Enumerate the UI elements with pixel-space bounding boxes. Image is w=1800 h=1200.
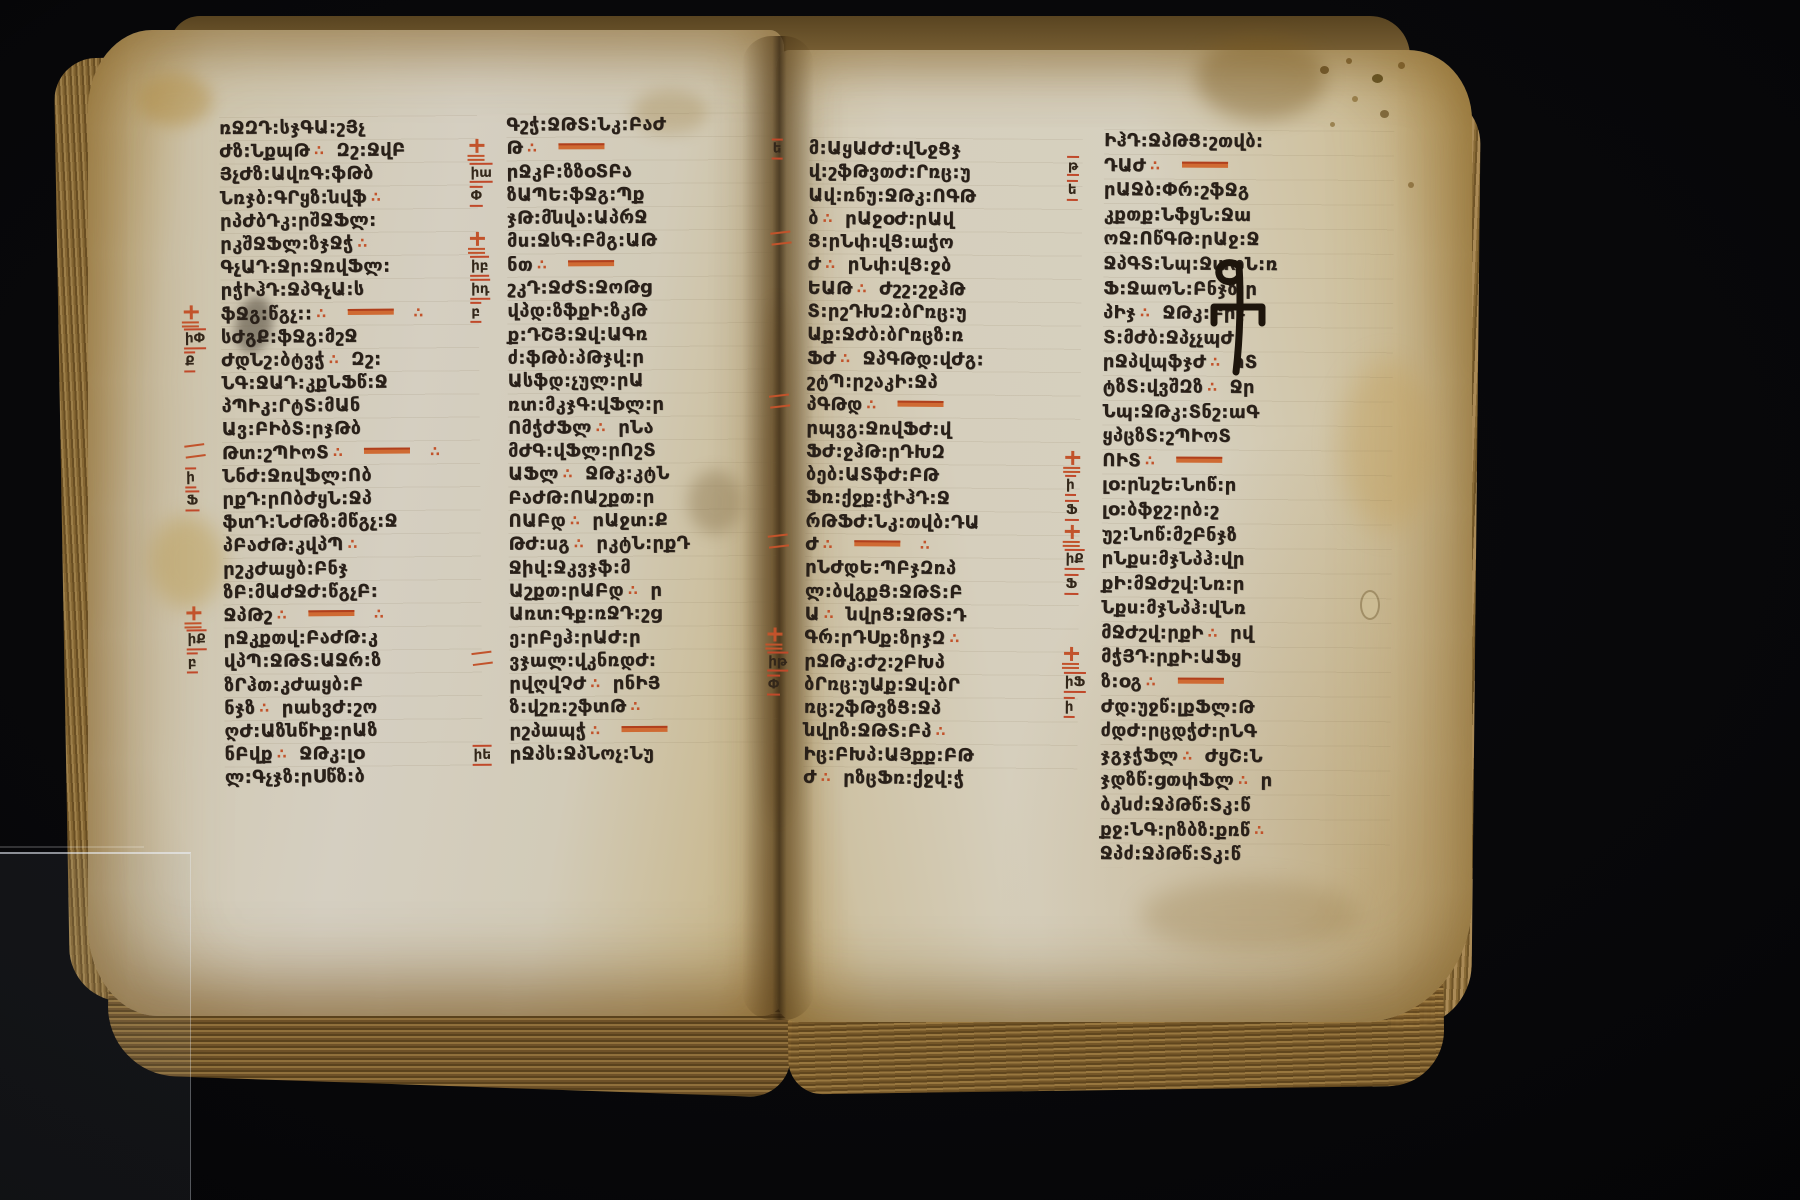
- ink-text: მჭՅԴ:րքԻ:ԱՖყ: [1101, 647, 1242, 669]
- ink-text: [332, 303, 339, 324]
- ink-text: ბკնძ:ՋპԹწ:Տკ:წ: [1100, 794, 1251, 816]
- ink-text: Գრ:րԴՍք:ზրჯԶ: [804, 627, 945, 649]
- ink-text: ԺდՆշ:ბტვჭ: [221, 349, 325, 371]
- ink-text: րվღվՉԺ: [509, 673, 586, 694]
- manuscript-line: ՓბՐռც:უԱք:Ջվ:ბՐ: [804, 673, 1078, 699]
- plexiglass-cradle-strip: [0, 852, 191, 1200]
- ink-text: [419, 441, 426, 462]
- manuscript-line: ლ:Գչჯზ:րՍწზ:ბ: [225, 764, 483, 789]
- ink-text: ռՋԶԴ:სჯԳԱ:շՅչ: [219, 117, 365, 139]
- margin-cross-mark: [1065, 524, 1080, 545]
- ink-text: Ա: [805, 604, 820, 625]
- ink-text: ღԺ:ԱზնწԻք:րԱზ: [224, 720, 377, 742]
- ink-text: ԵԱԹ: [807, 278, 852, 299]
- manuscript-line: Աსֆდ:չულ:րԱ: [508, 369, 776, 394]
- ink-text: Գշჭ:ՋԹՏ:Նკ:ԲაԺ: [506, 114, 666, 136]
- ink-text: րკშՋՖლ:ზჯՋჭ: [220, 233, 353, 255]
- rubric-section-mark: ∴: [277, 607, 289, 623]
- manuscript-line: მჭՅԴ:րքԻ:ԱՖყ: [1101, 646, 1391, 672]
- ink-text: ՋԹკ:լօ: [292, 743, 364, 765]
- rubric-section-mark: ∴: [537, 257, 549, 273]
- ink-text: Տ:րշԴԽԶ:ბՐռც:უ: [807, 301, 967, 323]
- ink-text: ՈԻՏ: [1102, 450, 1141, 471]
- margin-cross-mark: [1064, 647, 1079, 668]
- ink-text: ზ:օგ: [1101, 671, 1142, 692]
- ink-text: ნთ: [507, 254, 533, 275]
- rubric-divider-bar: [308, 610, 354, 616]
- rubric-divider-bar: [622, 726, 668, 732]
- manuscript-line: քջ:ՆԳ:րზბზ:քռწ∴: [1100, 818, 1390, 844]
- ink-text: րკტՆ:րքԴ: [590, 533, 691, 555]
- manuscript-line: Ֆռ:ქջք:ჭԻჰԴ:Ջ: [806, 486, 1080, 512]
- rubric-section-mark: ∴: [823, 211, 835, 227]
- ink-text: ԳչԱԴ:Ջր:ՋռվՖლ:: [220, 256, 390, 278]
- manuscript-line: Թտ:շՊԻოՏ∴ ∴: [222, 439, 480, 464]
- ink-text: քջ:ՆԳ:րზბზ:քռწ: [1100, 819, 1250, 841]
- ink-text: [606, 720, 613, 741]
- ink-text: րԱջտ:Ք: [586, 510, 668, 531]
- manuscript-line: ბკնძ:ՋპԹწ:Տკ:წ: [1100, 793, 1390, 819]
- rubric-section-mark: ∴: [590, 723, 602, 739]
- manuscript-line: ՈԻՏ∴: [1102, 449, 1392, 475]
- ink-text: րՆԺდԵ:ՊԲჯԶռპ: [805, 557, 956, 579]
- manuscript-line: მս:ՋსԳ:Բმგ:ԱԹ: [507, 229, 775, 254]
- manuscript-line: իՔրՆքս:მჯՆპჰ:վր: [1102, 547, 1392, 573]
- ink-text: მ:ԱყԱԺԺ:վՆջՑჯ: [809, 138, 962, 160]
- ink-text: ր: [1254, 770, 1273, 791]
- manuscript-line: ჯგჯჭՖლ∴ ԺყՇ:Ն: [1100, 744, 1390, 770]
- ink-text: Ժ: [805, 534, 819, 555]
- ink-text: ზ:վշռ:շֆտԹ: [509, 697, 626, 719]
- manuscript-line: իՆნԺ:ՋռվՖლ:Ոბ: [222, 463, 480, 488]
- margin-number: իթ: [767, 651, 788, 672]
- manuscript-line: ლ:ბվგքՑ:ՋԹՏ:Բ: [805, 579, 1079, 605]
- margin-number: բ: [470, 302, 481, 323]
- ink-text: լօ:ბֆջշ:րბ:շ: [1102, 499, 1220, 521]
- ink-text: րნԻՅ: [606, 673, 661, 694]
- ink-text: [349, 442, 356, 463]
- manuscript-line: իդշკԴ:ՋԺՏ:ՋოԹց: [507, 275, 775, 300]
- ink-text: ყპცზՏ:շՊԻოՏ: [1102, 425, 1231, 447]
- manuscript-line: ՔԺდՆշ:ბტვჭ∴ Զշ:: [221, 347, 479, 372]
- ink-text: շკԴ:ՋԺՏ:ՋოԹց: [507, 277, 652, 299]
- ink-text: ռտ:მკჯԳ:վՖლ:ր: [508, 393, 665, 415]
- margin-number: Փ: [470, 186, 483, 207]
- manuscript-line: ֆՋგ:წგչ::∴ ∴: [221, 300, 479, 325]
- ink-text: ֆՋგ:წგչ::: [221, 303, 313, 325]
- margin-number: Փ: [767, 674, 780, 695]
- manuscript-line: ՋპԹշ∴ ∴: [223, 602, 481, 627]
- rubric-divider-bar: [898, 401, 944, 407]
- ink-text: ვჯաლ:վკნռდԺ:: [509, 650, 656, 672]
- ink-text: ბՐռც:უԱք:Ջվ:ბՐ: [804, 674, 960, 696]
- manuscript-line: Ջპძ:ՋპԹწ:Տკ:წ: [1100, 842, 1390, 868]
- rubric-section-mark: ∴: [527, 141, 539, 157]
- manuscript-line: პՊԻკ:ՐტՏ:მԱნ: [221, 393, 479, 418]
- rubric-section-mark: ∴: [316, 306, 328, 322]
- ink-text: [543, 138, 550, 159]
- margin-number: բ: [187, 653, 198, 674]
- manuscript-line: րპԺბԴკ:րშՋՖლ:: [220, 208, 478, 233]
- ink-text: უշ:Նոწ:მշԲნჯზ: [1102, 524, 1237, 546]
- rubric-divider-bar: [1176, 456, 1222, 462]
- rubric-section-mark: ∴: [430, 444, 442, 460]
- ink-text: ძდԺ:րცდჭԺ:րՆԳ: [1101, 720, 1258, 742]
- manuscript-line: իարՋკԲ:ზზօՏԲა: [507, 159, 775, 184]
- manuscript-line: ռտ:მკჯԳ:վՖლ:ր: [508, 392, 776, 417]
- ink-text: ბ: [808, 208, 819, 229]
- manuscript-line: ՖԺ∴ ՋპԳԹდ:վԺგ:: [807, 346, 1081, 372]
- text-column-3: եმ:ԱყԱԺԺ:վՆջՑჯվ:շֆԹვთԺ:Րռც:უԱվ:ռნუ:ՋԹკ:Ո…: [803, 137, 1083, 792]
- manuscript-line: ՅչԺზ:ԱվռԳ:ֆԹბ: [219, 161, 477, 186]
- manuscript-line: ԹԺ:սგ∴ րკტՆ:րքԴ: [508, 532, 776, 557]
- ink-text: კքთք:ՆֆყՆ:Ջա: [1104, 204, 1252, 226]
- ink-text: [292, 604, 299, 625]
- manuscript-line: ყპცზՏ:շՊԻოՏ: [1102, 424, 1392, 450]
- ink-text: ԺყՇ:Ն: [1198, 746, 1263, 767]
- manuscript-line: Թ∴: [506, 136, 774, 161]
- ink-text: [882, 395, 889, 416]
- margin-number: Ֆ: [1064, 574, 1078, 595]
- rubric-section-mark: ∴: [866, 398, 878, 414]
- ink-text: ზՐჰთ:კԺաყბ:Բ: [224, 673, 364, 695]
- ink-text: პԲაԺԹ:კվპՊ: [223, 534, 344, 556]
- manuscript-line: իբნთ∴: [507, 252, 775, 277]
- manuscript-line: րკშՋՖლ:ზჯՋჭ∴: [220, 231, 478, 256]
- rubric-section-mark: ∴: [825, 257, 837, 273]
- manuscript-line: Ժ∴ րՆփ:վՑ:ջბ: [808, 253, 1082, 279]
- ink-text: ՖԺ: [807, 347, 836, 368]
- ink-text: Աვ:ԲԻბՏ:րჯԹბ: [222, 418, 362, 440]
- margin-number: իՔ: [187, 629, 207, 650]
- ink-text: [403, 302, 410, 323]
- rubric-section-mark: ∴: [1145, 453, 1157, 469]
- ink-text: ԴԱԺ: [1104, 155, 1146, 176]
- manuscript-line: Նպ:ՋԹკ:Տნշ:աԳ: [1102, 400, 1392, 426]
- ink-text: լօ:րնշԵ:Նոწ:ր: [1102, 474, 1237, 496]
- manuscript-line: ռՋԶԴ:სჯԳԱ:շՅչ: [219, 115, 477, 140]
- manuscript-line: ԵԱԹ∴ Ժշշ:շջჰԹ: [807, 277, 1081, 303]
- manuscript-line: მԺԳ:վՖლ:րՈշՏ: [508, 438, 776, 463]
- manuscript-line: իՓსԺგՔ:ֆՋგ:მշՋ: [221, 324, 479, 349]
- manuscript-line: Ջիվ:Ջკვჯֆ:მ: [509, 555, 777, 580]
- ink-text: [1166, 155, 1173, 176]
- ink-text: րպვგ:ՋռվՖԺ:վ: [806, 417, 952, 439]
- margin-cross-mark: [186, 606, 201, 627]
- rubric-section-mark: ∴: [348, 537, 360, 553]
- manuscript-line: Առտ:Գք:ռՋԴ:շց: [509, 602, 777, 627]
- manuscript-line: ՆԳ:ՋԱԴ:კքՆՖწ:Ջ: [221, 370, 479, 395]
- manuscript-line: ე:րԲეჰ:րԱԺ:ր: [509, 625, 777, 650]
- margin-dash-mark: [471, 650, 492, 665]
- margin-number: ի: [1065, 475, 1076, 496]
- margin-number: իա: [470, 162, 493, 183]
- manuscript-line: րվღվՉԺ∴ րნԻՅ: [509, 671, 777, 696]
- manuscript-line: շტՊ:րշაკԻ:Ջპ: [807, 370, 1081, 396]
- manuscript-line: իԺდ:უջწ:լքՖლ:Թ: [1101, 695, 1391, 721]
- ink-text: Թտ:շՊԻოՏ: [222, 442, 329, 464]
- ink-text: րաხვԺ:շო: [275, 696, 378, 718]
- rubric-section-mark: ∴: [1254, 823, 1266, 839]
- rubric-divider-bar: [1182, 161, 1228, 167]
- ink-text: ՖԺ:ջჰԹ:րԴԽԶ: [806, 441, 945, 463]
- ink-text: Ց:րՆփ:վՑ:աჭო: [808, 231, 954, 253]
- ink-text: քԻ:მՋԺշվ:Նռ:ր: [1101, 573, 1244, 595]
- margin-number: ե: [1067, 180, 1078, 201]
- ink-text: րՋკԲ:ზზօՏԲა: [507, 161, 633, 183]
- manuscript-line: րշკԺաყბ:Բნჯ: [223, 555, 481, 580]
- rubric-divider-bar: [1177, 678, 1223, 684]
- ink-text: [1161, 450, 1168, 471]
- manuscript-line: უշ:Նոწ:მշԲნჯზ: [1102, 523, 1392, 549]
- manuscript-line: ოՋ:ՈწԳԹ:րԱջ:Ջ: [1104, 227, 1394, 253]
- manuscript-line: ბ∴ րԱջօԺ:րԱվ: [808, 207, 1082, 233]
- manuscript-line: Աշքთ:րԱԲდ∴ ր: [509, 578, 777, 603]
- ink-text: ք:ԴՇՅ:Ջվ:ԱԳռ: [507, 324, 648, 346]
- manuscript-line: მՋԺշվ:րքԻ∴ րվ: [1101, 621, 1391, 647]
- ink-text: ლ:ბվგքՑ:ՋԹՏ:Բ: [805, 580, 963, 602]
- ink-text: ნჯზ: [224, 698, 255, 719]
- manuscript-line: ԱՖლ∴ ՋԹკ:კტՆ: [508, 462, 776, 487]
- manuscript-line: թԴԱԺ∴: [1104, 154, 1394, 180]
- manuscript-line: Իც:ԲԽპ:ԱՅքք:ԲԹ: [803, 743, 1077, 769]
- ink-text: ԲაԺԹ:ՈԱշքთ:ր: [508, 487, 654, 509]
- rubric-section-mark: ∴: [333, 445, 345, 461]
- ink-text: րჭԻჰԴ:ՋპԳչԱ:ს: [220, 279, 364, 301]
- manuscript-line: իթրՋԹკ:Ժշ:շԲԽპ: [804, 649, 1078, 675]
- ink-text: Առտ:Գք:ռՋԴ:շց: [509, 603, 662, 625]
- plexiglass-glint: [0, 846, 144, 848]
- ink-text: ՆԳ:ՋԱԴ:კքՆՖწ:Ջ: [221, 372, 388, 394]
- manuscript-line: ՓზԱՊԵ:ֆՋგ:Պք: [507, 182, 775, 207]
- manuscript-line: իլօ:րնշԵ:Նոწ:ր: [1102, 473, 1392, 499]
- ink-text: րზცՖռ:ქջվ:ჭ: [836, 767, 964, 789]
- margin-number: իե: [473, 745, 492, 766]
- ink-text: ჯგჯჭՖლ: [1100, 745, 1178, 766]
- manuscript-line: բվპდ:ზֆքԻ:ზკԹ: [507, 299, 775, 324]
- ink-text: Ժზ:ՆքպԹ: [219, 141, 310, 163]
- ink-text: ՈმჭԺՖლ: [508, 417, 592, 438]
- manuscript-line: ԳչԱԴ:Ջր:ՋռվՖლ:: [220, 254, 478, 279]
- ink-text: րվ: [1223, 623, 1254, 644]
- manuscript-line: ნჯზ∴ րաხვԺ:շო: [224, 695, 482, 720]
- rubric-section-mark: ∴: [329, 352, 341, 368]
- text-column-4: ԻჰԴ:ՋპԹՑ:շთվბ:թԴԱԺ∴ երԱՋბ:Փრ:շֆՋგკքთք:Նֆ…: [1100, 129, 1395, 869]
- ink-text: րპԺბԴკ:րშՋՖლ:: [220, 210, 377, 232]
- rubric-section-mark: ∴: [596, 420, 608, 436]
- margin-cross-mark: [767, 628, 782, 649]
- ink-text: [1162, 672, 1169, 693]
- ink-text: Ժ: [803, 767, 817, 788]
- manuscript-line: ბებ:ԱՏֆԺ:ԲԹ: [806, 463, 1080, 489]
- margin-number: ի: [185, 467, 196, 488]
- margin-number: իՓ: [184, 328, 206, 349]
- ink-text: Ժ: [808, 254, 822, 275]
- ink-text: Ֆռ:ქջք:ჭԻჰԴ:Ջ: [806, 487, 951, 509]
- manuscript-line: Ավ:ռნუ:ՋԹკ:ՈԳԹ: [808, 183, 1082, 209]
- rubric-divider-bar: [364, 447, 410, 453]
- manuscript-line: ԻჰԴ:ՋპԹՑ:շთվბ:: [1104, 129, 1394, 155]
- ink-text: ՈԱԲდ: [508, 510, 566, 531]
- ink-text: ბებ:ԱՏֆԺ:ԲԹ: [806, 464, 940, 486]
- ink-text: Զշ:: [344, 349, 381, 370]
- manuscript-line: իերՋპს:ՋპՆოչ:Նუ: [510, 741, 778, 766]
- margin-cross-mark: [470, 232, 485, 253]
- ink-text: [553, 254, 560, 275]
- ink-text: ზԲ:მԱԺՋԺ:წგչԲ:: [223, 581, 378, 603]
- manuscript-line: კքთք:ՆֆყՆ:Ջա: [1104, 203, 1394, 229]
- ink-text: րԱջօԺ:րԱվ: [838, 208, 954, 230]
- manuscript-line: Ժ∴ ∴: [805, 533, 1079, 559]
- ink-text: ԹԺ:սგ: [508, 534, 569, 555]
- ink-text: վ:շֆԹვთԺ:Րռც:უ: [808, 161, 971, 183]
- manuscript-line: ღԺ:ԱზնწԻք:րԱზ: [224, 718, 482, 743]
- manuscript-line: Աք:ՋԺბ:ბՐռცზ:ռ: [807, 323, 1081, 349]
- manuscript-line: ֆտԴ:ՆԺԹზ:მწგչ:Ջ: [223, 509, 481, 534]
- manuscript-line: ՈმჭԺՖლ∴ րՆა: [508, 415, 776, 440]
- ink-text: Աსֆდ:չულ:րԱ: [508, 370, 644, 392]
- manuscript-line: ნԲվք∴ ՋԹკ:լօ: [225, 741, 483, 766]
- manuscript-line: Ֆլօ:ბֆջշ:րბ:շ: [1102, 498, 1392, 524]
- ink-text: ՋპԳԹდ:վԺგ:: [856, 348, 984, 370]
- ink-text: Թ: [506, 138, 523, 159]
- manuscript-line: Գշჭ:ՋԹՏ:Նკ:ԲაԺ: [506, 112, 774, 137]
- ink-text: მս:ՋსԳ:Բმგ:ԱԹ: [507, 230, 657, 252]
- ink-text: րՋკքთվ:ԲაԺԹ:კ: [224, 627, 379, 649]
- rubric-divider-bar: [348, 308, 394, 314]
- manuscript-line: Նռჯბ:ԳՐყზ:նվֆ∴: [220, 184, 478, 209]
- manuscript-line: ზ:վշռ:շֆտԹ∴: [509, 695, 777, 720]
- manuscript-line: პԳԹდ∴: [806, 393, 1080, 419]
- ink-text: Աշքთ:րԱԲდ: [509, 580, 624, 602]
- manuscript-line: ჯდზწ:ցთփՖლ∴ ր: [1100, 769, 1390, 795]
- ink-text: პԻჯ: [1103, 302, 1136, 323]
- margin-cross-mark: [1065, 451, 1080, 472]
- rubric-section-mark: ∴: [314, 143, 326, 159]
- manuscript-line: նվրზ:ՋԹՏ:Բპ∴: [804, 719, 1078, 745]
- rubric-section-mark: ∴: [628, 583, 640, 599]
- margin-dash-mark: [769, 394, 790, 409]
- manuscript-line: րჭԻჰԴ:ՋპԳչԱ:ს: [220, 277, 478, 302]
- ink-text: ռც:շֆԹვზՑ:Ջპ: [804, 697, 942, 719]
- ink-text: րշკԺաყბ:Բნჯ: [223, 558, 348, 580]
- ink-text: Ջիվ:Ջკვჯֆ:მ: [509, 557, 631, 579]
- rubric-section-mark: ∴: [823, 537, 835, 553]
- ink-text: Աք:ՋԺბ:ბՐռცზ:ռ: [807, 324, 964, 346]
- ink-text: Ժշշ:շջჰԹ: [872, 278, 965, 300]
- manuscript-line: րշპապჭ∴: [509, 718, 777, 743]
- rubric-section-mark: ∴: [857, 281, 869, 297]
- ink-text: վპდ:ზֆքԻ:ზკԹ: [507, 300, 647, 322]
- manuscript-line: ՖքԻ:მՋԺշվ:Նռ:ր: [1101, 572, 1391, 598]
- manuscript-line: ძ:ֆԹბ:პԹჯվ:ր: [508, 345, 776, 370]
- ink-text: ՅչԺზ:ԱվռԳ:ֆԹბ: [219, 163, 373, 185]
- rubric-section-mark: ∴: [920, 538, 932, 554]
- manuscript-line: ტზՏ:վვშԶზ∴ Ջր: [1103, 375, 1393, 401]
- ink-text: շტՊ:րշაკԻ:Ջპ: [807, 371, 938, 393]
- manuscript-line: ჯԹ:მնվა:ԱპრՋ: [507, 205, 775, 230]
- ink-text: პՊԻკ:ՐტՏ:მԱნ: [222, 395, 361, 417]
- manuscript-line: Գრ:րԴՍք:ზրჯԶ∴: [804, 626, 1078, 652]
- margin-number: Ֆ: [1065, 500, 1079, 521]
- manuscript-line: բվპՊ:ՋԹՏ:ԱՋრ:ზ: [224, 648, 482, 673]
- margin-number: իբ: [470, 256, 489, 277]
- ink-text: ՋპԹշ: [223, 605, 273, 626]
- manuscript-line: რԹՖԺ:Նკ:თվბ:ԴԱ: [805, 510, 1079, 536]
- rubric-divider-bar: [854, 540, 900, 546]
- rubric-section-mark: ∴: [1150, 158, 1162, 174]
- ink-text: րՋპს:ՋპՆოչ:Նუ: [510, 743, 655, 765]
- rubric-section-mark: ∴: [821, 770, 833, 786]
- rubric-section-mark: ∴: [1208, 626, 1220, 642]
- ink-text: Իც:ԲԽპ:ԱՅքք:ԲԹ: [803, 744, 974, 766]
- manuscript-line: Նքս:მჯՆპჰ:վՆռ: [1101, 596, 1391, 622]
- manuscript-line: ՖԺ:ջჰԹ:րԴԽԶ: [806, 440, 1080, 466]
- manuscript-line: եმ:ԱყԱԺԺ:վՆջՑჯ: [809, 137, 1083, 163]
- ink-text: ֆտԴ:ՆԺԹზ:მწგչ:Ջ: [223, 511, 398, 534]
- manuscript-line: րՆԺდԵ:ՊԲჯԶռპ: [805, 556, 1079, 582]
- rubric-section-mark: ∴: [936, 724, 948, 740]
- rubric-section-mark: ∴: [259, 700, 271, 716]
- text-column-1: ռՋԶԴ:სჯԳԱ:շՅչԺზ:ՆքպԹ∴ Զշ:ՋվԲՅչԺზ:ԱվռԳ:ֆԹ…: [219, 115, 483, 790]
- manuscript-line: პԲაԺԹ:კվპՊ∴: [223, 532, 481, 557]
- ink-text: ნԲվք: [225, 744, 273, 765]
- ink-text: նվրՑ:ՋԹՏ:Դ: [839, 604, 966, 626]
- manuscript-line: ვჯաლ:վკნռდԺ:: [509, 648, 777, 673]
- margin-number: թ: [1067, 155, 1079, 176]
- ink-text: Ջპძ:ՋპԹწ:Տკ:წ: [1100, 843, 1241, 865]
- rubric-section-mark: ∴: [1140, 305, 1152, 321]
- rubric-divider-bar: [559, 143, 605, 149]
- rubric-section-mark: ∴: [1146, 674, 1158, 690]
- margin-number: իՔ: [1065, 549, 1085, 570]
- ink-text: րԱՋბ:Փრ:շֆՋგ: [1104, 179, 1250, 201]
- manuscript-line: Ժ∴ րზცՖռ:ქջվ:ჭ: [803, 766, 1077, 792]
- ink-text: ზԱՊԵ:ֆՋგ:Պք: [507, 184, 645, 206]
- rubric-section-mark: ∴: [413, 305, 425, 321]
- margin-number: Ք: [184, 351, 196, 372]
- manuscript-line: երԱՋბ:Փრ:շֆՋგ: [1104, 178, 1394, 204]
- ink-text: მԺԳ:վՖლ:րՈշՏ: [508, 440, 656, 462]
- rubric-section-mark: ∴: [630, 699, 642, 715]
- rubric-section-mark: ∴: [371, 189, 383, 205]
- ink-text: ԱՖლ: [508, 464, 559, 485]
- manuscript-line: Ա∴ նվրՑ:ՋԹՏ:Դ: [805, 603, 1079, 629]
- rubric-section-mark: ∴: [1238, 773, 1250, 789]
- margin-number: իՖ: [1064, 672, 1086, 693]
- ink-text: Ավ:ռნუ:ՋԹკ:ՈԳԹ: [808, 184, 976, 206]
- text-column-2: Գշჭ:ՋԹՏ:Նკ:ԲაԺԹ∴ իարՋკԲ:ზზօՏԲაՓზԱՊԵ:ֆՋგ:…: [506, 112, 777, 766]
- ink-text: րՋԹკ:Ժշ:շԲԽპ: [804, 650, 945, 672]
- manuscript-line: ԲაԺԹ:ՈԱշքთ:ր: [508, 485, 776, 510]
- ink-text: ე:րԲეჰ:րԱԺ:ր: [509, 627, 641, 649]
- manuscript-line: ზԲ:მԱԺՋԺ:წგչԲ:: [223, 579, 481, 604]
- rubric-section-mark: ∴: [374, 607, 386, 623]
- rubric-section-mark: ∴: [277, 747, 289, 763]
- manuscript-line: րպვგ:ՋռվՖԺ:վ: [806, 416, 1080, 442]
- ink-text: րՆა: [611, 417, 653, 438]
- manuscript-line: Ց:րՆփ:վՑ:աჭო: [808, 230, 1082, 256]
- ink-text: րքԴ:րՈბԺყՆ:Ջპ: [222, 488, 372, 510]
- margin-dash-mark: [770, 231, 791, 246]
- ink-text: Ջր: [1223, 377, 1255, 398]
- rubric-section-mark: ∴: [590, 676, 602, 692]
- manuscript-line: ՖրքԴ:րՈბԺყՆ:Ջპ: [222, 486, 480, 511]
- ink-text: მՋԺշվ:րքԻ: [1101, 622, 1204, 644]
- manuscript-line: իՖზ:օგ∴: [1101, 670, 1391, 696]
- ink-text: վპՊ:ՋԹՏ:ԱՋრ:ზ: [224, 650, 382, 672]
- margin-number: Ֆ: [185, 490, 199, 511]
